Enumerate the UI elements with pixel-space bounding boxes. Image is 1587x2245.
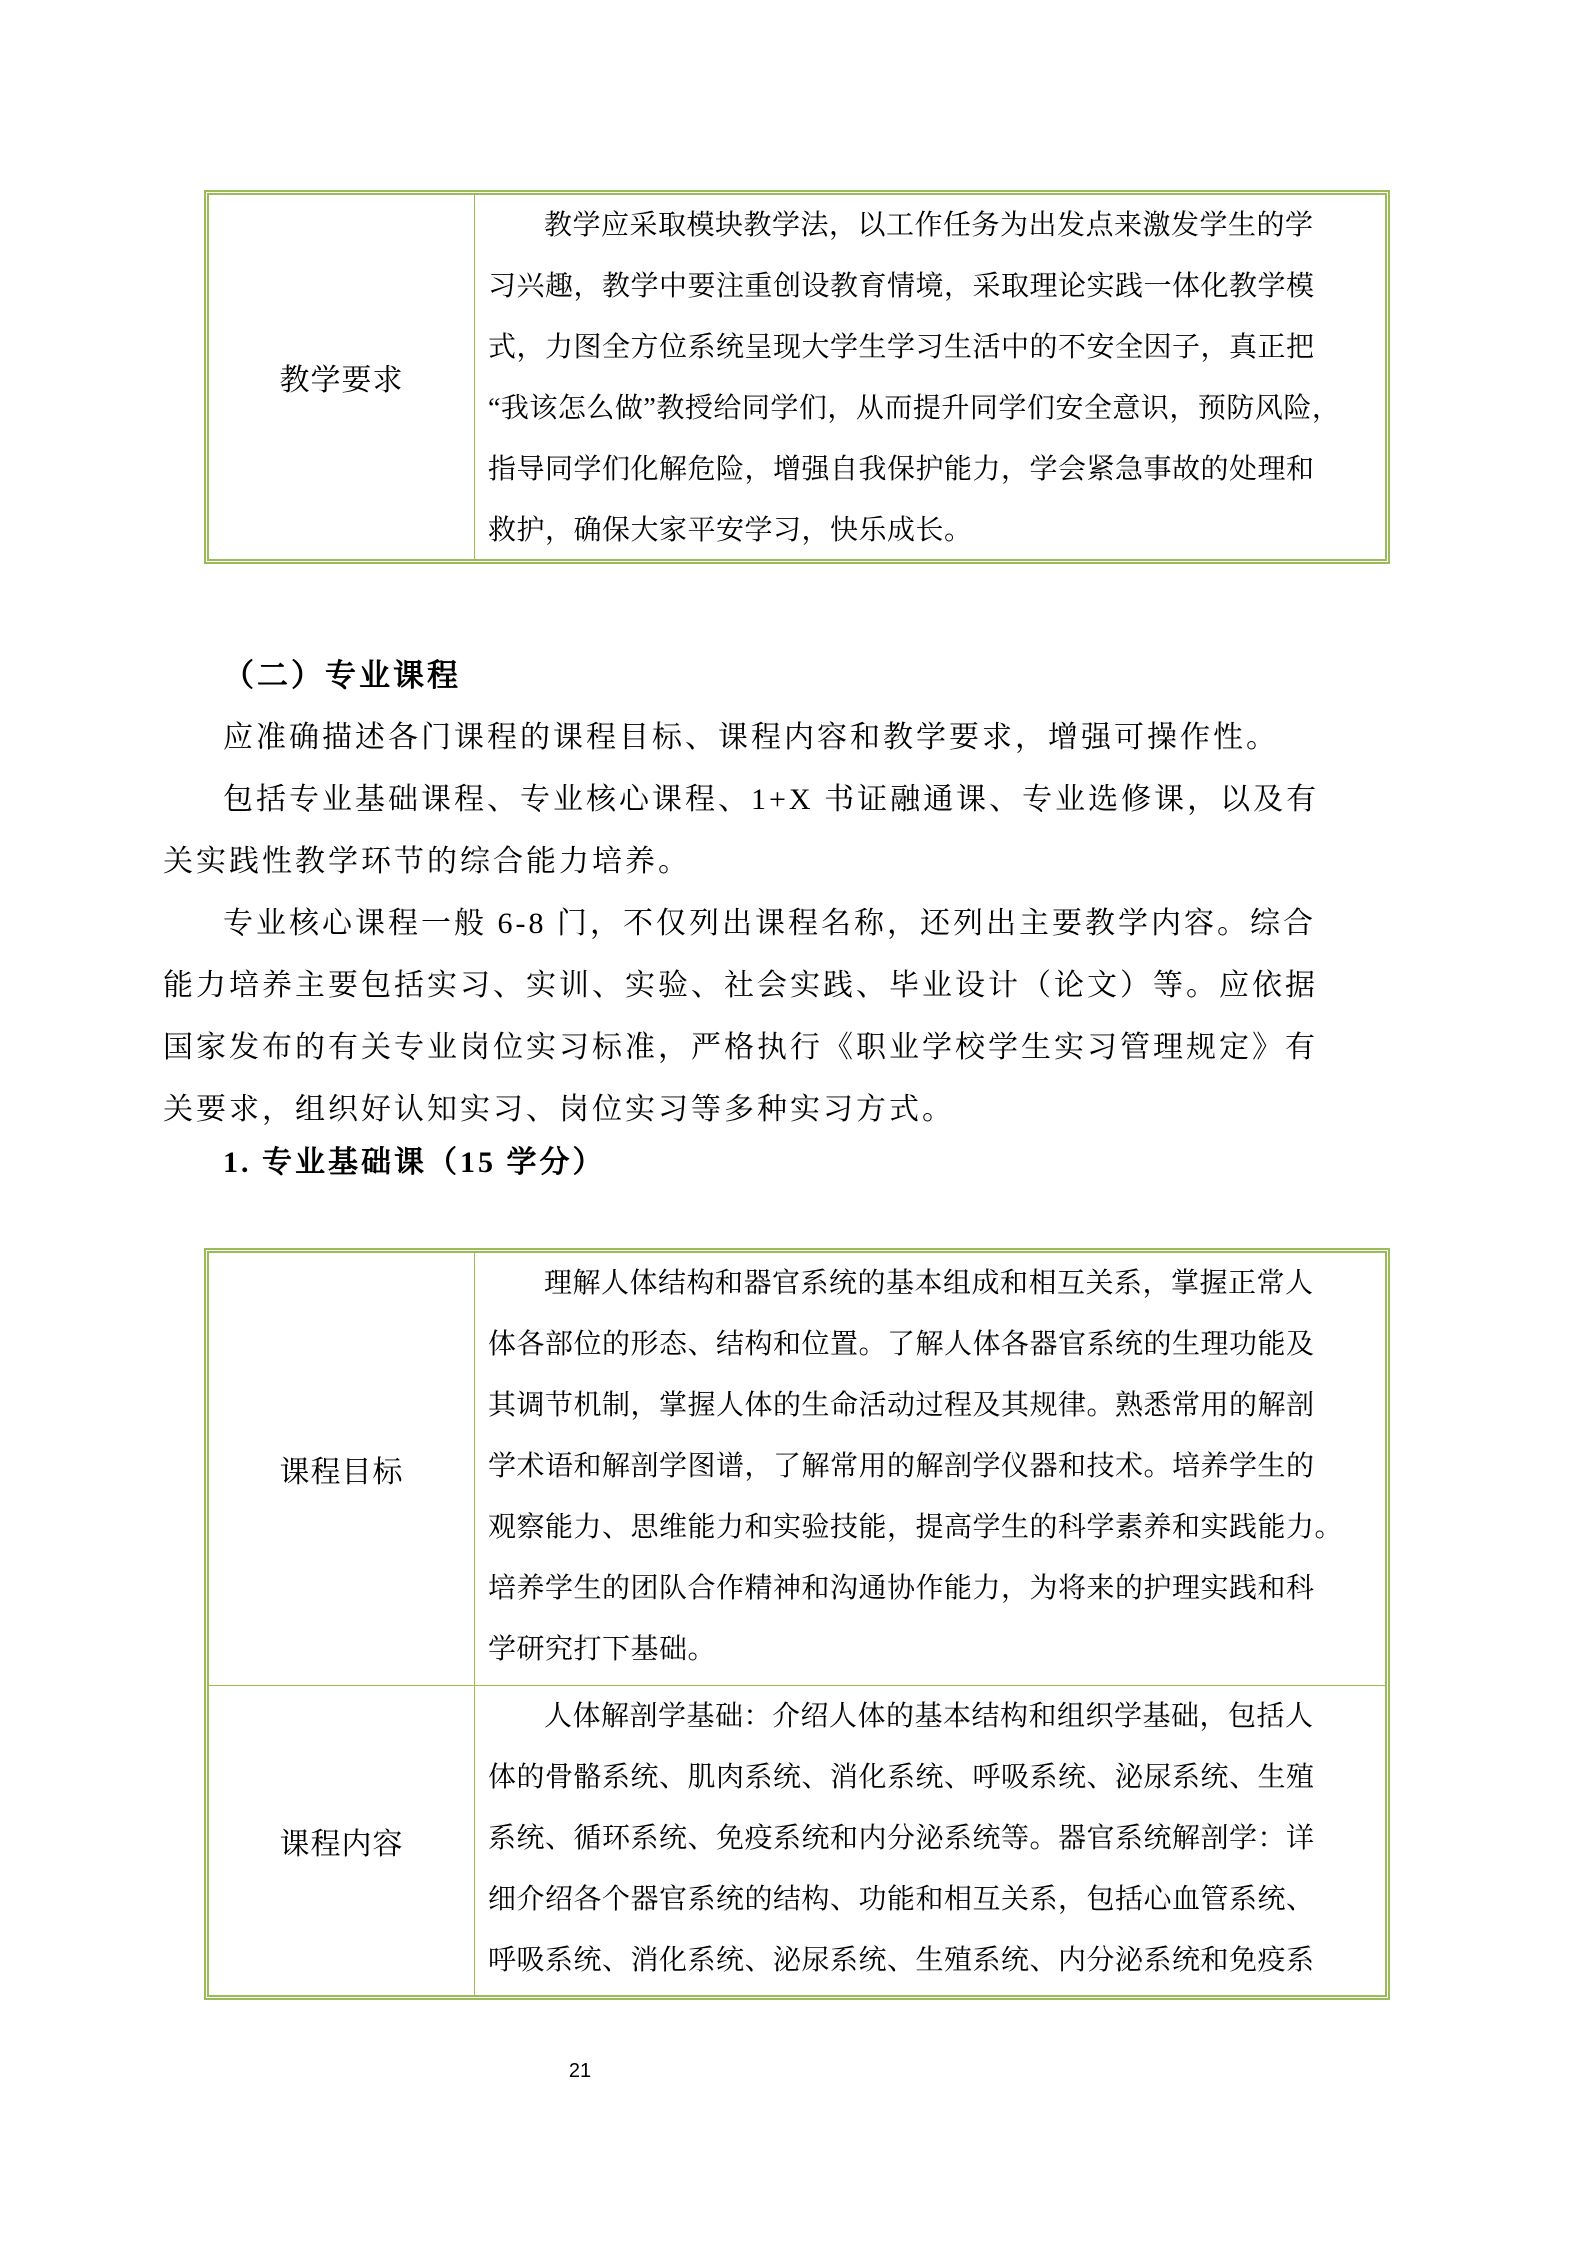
course-content-row: 课程内容 人体解剖学基础：介绍人体的基本结构和组织学基础，包括人 体的骨骼系统、…: [209, 1685, 1385, 1995]
row-label-cell: 课程目标: [209, 1253, 475, 1685]
teaching-requirements-text: 教学应采取模块教学法，以工作任务为出发点来激发学生的学 习兴趣，教学中要注重创设…: [488, 195, 1372, 559]
row-content-cell: 教学应采取模块教学法，以工作任务为出发点来激发学生的学 习兴趣，教学中要注重创设…: [475, 195, 1385, 559]
document-page: 教学要求 教学应采取模块教学法，以工作任务为出发点来激发学生的学 习兴趣，教学中…: [0, 0, 1587, 2245]
paragraph-overview: 应准确描述各门课程的课程目标、课程内容和教学要求，增强可操作性。: [163, 707, 1424, 769]
paragraph-core-courses: 专业核心课程一般 6-8 门，不仅列出课程名称，还列出主要教学内容。综合 能力培…: [163, 893, 1424, 1141]
section-heading: （二）专业课程: [163, 645, 1424, 707]
page-number: 21: [540, 2060, 620, 2083]
course-content-text: 人体解剖学基础：介绍人体的基本结构和组织学基础，包括人 体的骨骼系统、肌肉系统、…: [488, 1686, 1372, 1991]
course-objectives-text: 理解人体结构和器官系统的基本组成和相互关系，掌握正常人 体各部位的形态、结构和位…: [488, 1253, 1372, 1680]
teaching-requirements-label: 教学要求: [280, 355, 404, 399]
row-label-cell: 教学要求: [209, 195, 475, 559]
course-detail-table: 课程目标 理解人体结构和器官系统的基本组成和相互关系，掌握正常人 体各部位的形态…: [204, 1248, 1390, 2000]
course-content-label: 课程内容: [280, 1819, 404, 1863]
table-row: 教学要求 教学应采取模块教学法，以工作任务为出发点来激发学生的学 习兴趣，教学中…: [209, 195, 1385, 559]
paragraph-course-scope: 包括专业基础课程、专业核心课程、1+X 书证融通课、专业选修课，以及有 关实践性…: [163, 769, 1424, 893]
item-heading-basic-courses: 1. 专业基础课（15 学分）: [163, 1137, 1424, 1189]
course-objectives-label: 课程目标: [280, 1447, 404, 1491]
row-label-cell: 课程内容: [209, 1686, 475, 1995]
course-objectives-row: 课程目标 理解人体结构和器官系统的基本组成和相互关系，掌握正常人 体各部位的形态…: [209, 1253, 1385, 1685]
row-content-cell: 理解人体结构和器官系统的基本组成和相互关系，掌握正常人 体各部位的形态、结构和位…: [475, 1253, 1385, 1685]
row-content-cell: 人体解剖学基础：介绍人体的基本结构和组织学基础，包括人 体的骨骼系统、肌肉系统、…: [475, 1686, 1385, 1995]
teaching-requirements-table: 教学要求 教学应采取模块教学法，以工作任务为出发点来激发学生的学 习兴趣，教学中…: [204, 190, 1390, 564]
